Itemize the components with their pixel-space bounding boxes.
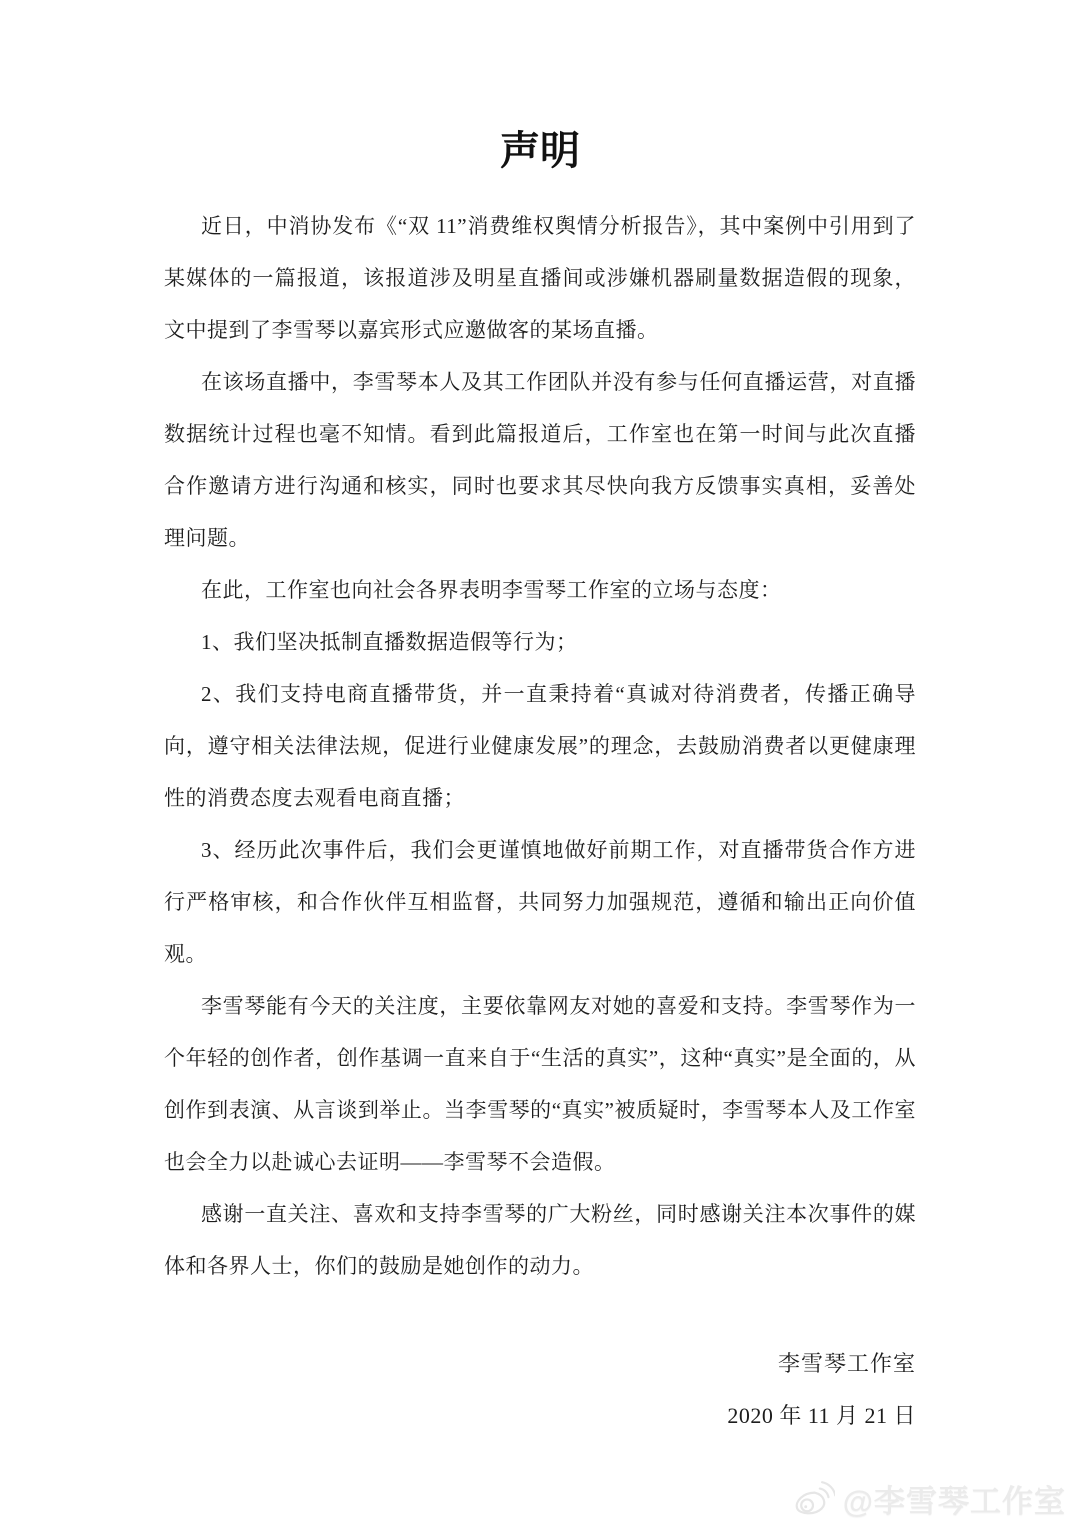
statement-paragraph-7: 李雪琴能有今天的关注度，主要依靠网友对她的喜爱和支持。李雪琴作为一个年轻的创作者… bbox=[164, 980, 916, 1188]
statement-paragraph-8: 感谢一直关注、喜欢和支持李雪琴的广大粉丝，同时感谢关注本次事件的媒体和各界人士，… bbox=[164, 1188, 916, 1292]
signature-block: 李雪琴工作室 2020 年 11 月 21 日 bbox=[164, 1338, 916, 1442]
statement-paragraph-4: 1、我们坚决抵制直播数据造假等行为； bbox=[164, 616, 916, 668]
signature-name: 李雪琴工作室 bbox=[164, 1338, 916, 1390]
statement-paragraph-2: 在该场直播中，李雪琴本人及其工作团队并没有参与任何直播运营，对直播数据统计过程也… bbox=[164, 356, 916, 564]
statement-content: 声明 近日，中消协发布《“双 11”消费维权舆情分析报告》，其中案例中引用到了某… bbox=[0, 0, 1080, 1442]
statement-paragraph-5: 2、我们支持电商直播带货，并一直秉持着“真诚对待消费者，传播正确导向，遵守相关法… bbox=[164, 668, 916, 824]
statement-paragraph-3: 在此，工作室也向社会各界表明李雪琴工作室的立场与态度： bbox=[164, 564, 916, 616]
watermark-text: @李雪琴工作室 bbox=[843, 1476, 1066, 1521]
watermark: @李雪琴工作室 bbox=[791, 1476, 1066, 1521]
document-title: 声明 bbox=[164, 126, 916, 176]
statement-page: 声明 近日，中消协发布《“双 11”消费维权舆情分析报告》，其中案例中引用到了某… bbox=[0, 0, 1080, 1529]
signature-date: 2020 年 11 月 21 日 bbox=[164, 1390, 916, 1442]
statement-paragraph-1: 近日，中消协发布《“双 11”消费维权舆情分析报告》，其中案例中引用到了某媒体的… bbox=[164, 200, 916, 356]
weibo-icon bbox=[791, 1479, 835, 1519]
statement-paragraph-6: 3、经历此次事件后，我们会更谨慎地做好前期工作，对直播带货合作方进行严格审核，和… bbox=[164, 824, 916, 980]
